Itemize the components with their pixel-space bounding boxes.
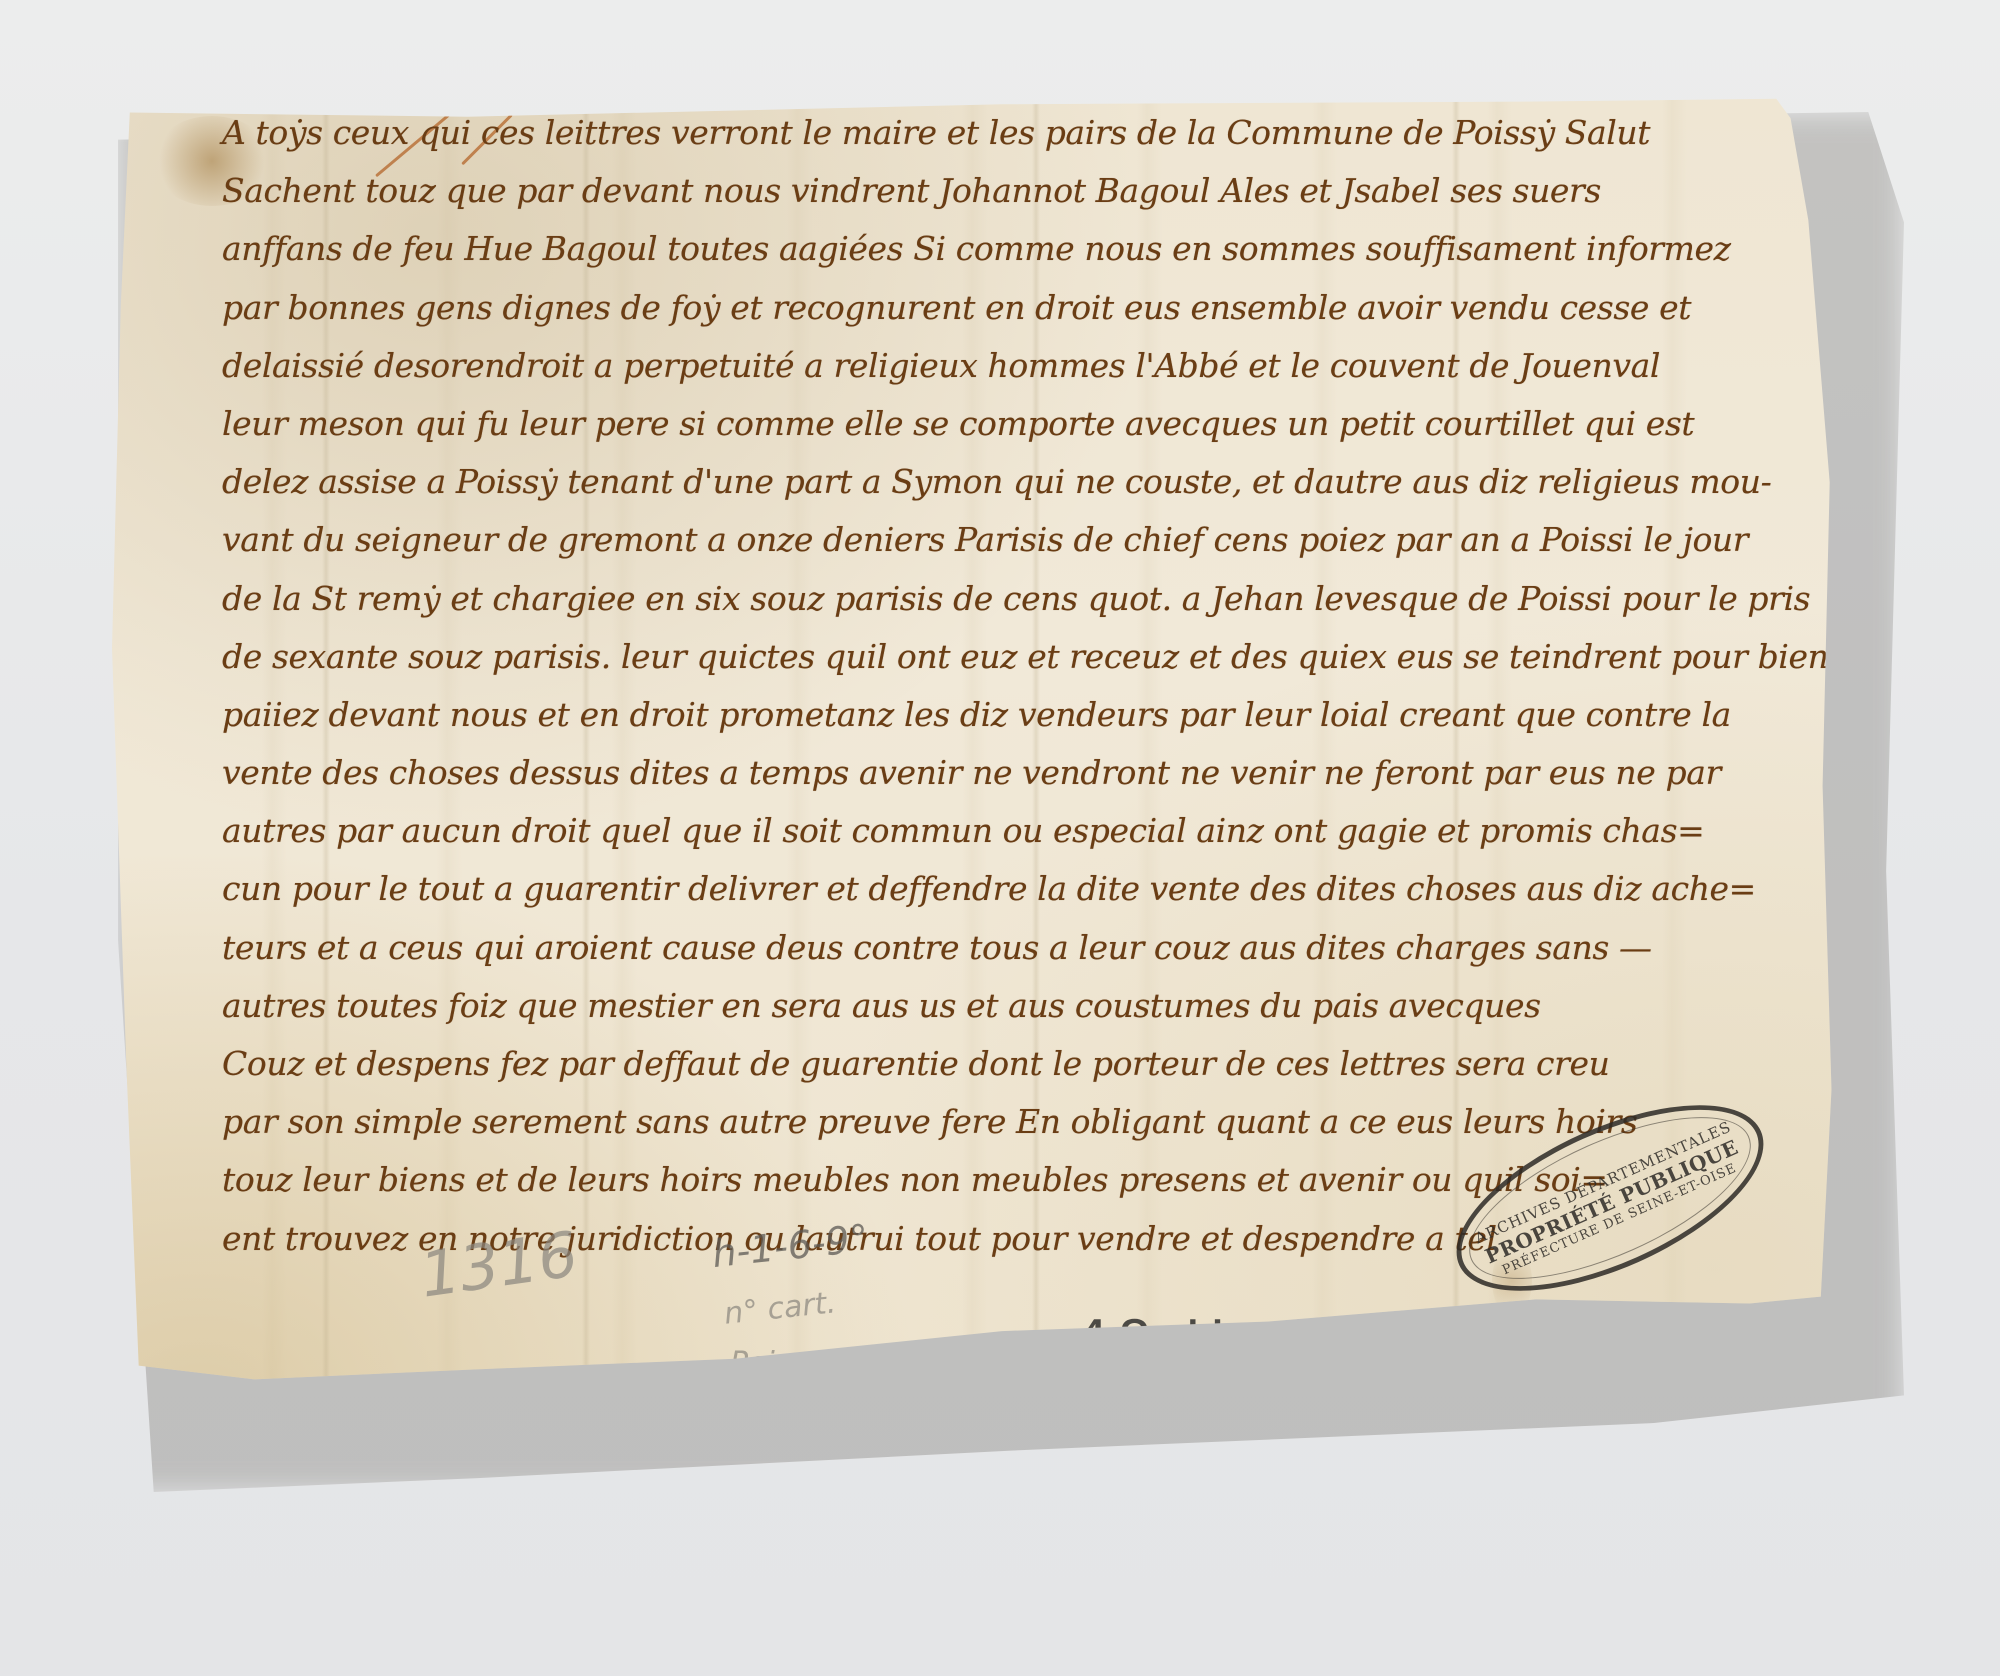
manuscript-line: leur meson qui fu leur pere si comme ell… [222,395,1822,453]
manuscript-line: delaissié desorendroit a perpetuité a re… [222,337,1822,395]
manuscript-line: de sexante souz parisis. leur quictes qu… [222,628,1822,686]
cartulary-note: n° cart. [722,1285,837,1332]
manuscript-line: delez assise a Poissẏ tenant d'une part … [222,453,1822,511]
manuscript-line: autres par aucun droit quel que il soit … [222,802,1822,860]
manuscript-line: autres toutes foiz que mestier en sera a… [222,977,1822,1035]
manuscript-line: par bonnes gens dignes de foẏ et recognu… [222,279,1822,337]
manuscript-line: teurs et a ceus qui aroient cause deus c… [222,919,1822,977]
manuscript-line: de la St remẏ et chargiee en six souz pa… [222,570,1822,628]
manuscript-text: A toẏs ceux qui ces leittres verront le … [222,104,1822,1268]
manuscript-line: vente des choses dessus dites a temps av… [222,744,1822,802]
manuscript-line: anffans de feu Hue Bagoul toutes aagiées… [222,220,1822,278]
manuscript-line: paiiez devant nous et en droit prometanz… [222,686,1822,744]
manuscript-sheet: A toẏs ceux qui ces leittres verront le … [112,96,1892,1476]
manuscript-line: Sachent touz que par devant nous vindren… [222,162,1822,220]
manuscript-line: vant du seigneur de gremont a onze denie… [222,511,1822,569]
manuscript-line: cun pour le tout a guarentir delivrer et… [222,860,1822,918]
manuscript-line: Couz et despens fez par deffaut de guare… [222,1035,1822,1093]
